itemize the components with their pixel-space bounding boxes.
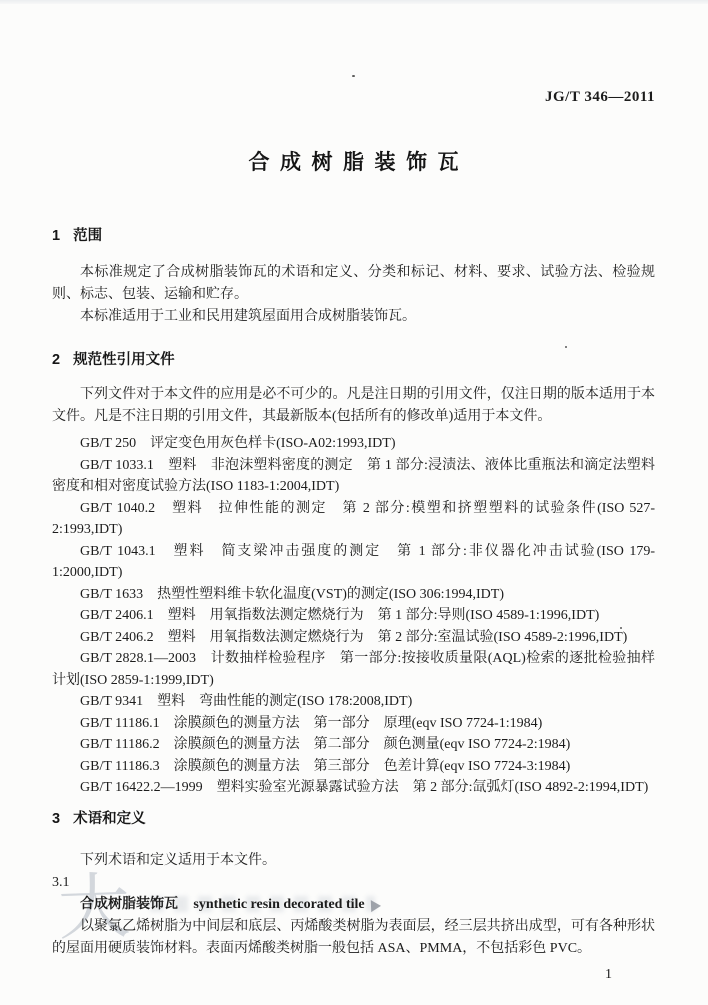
term-chinese: 合成树脂装饰瓦 <box>80 897 178 912</box>
section-heading-text: 规范性引用文件 <box>73 352 175 368</box>
reference-item: GB/T 250 评定变色用灰色样卡(ISO-A02:1993,IDT) <box>52 433 655 455</box>
scope-paragraph-1: 本标准规定了合成树脂装饰瓦的术语和定义、分类和标记、材料、要求、试验方法、检验规… <box>52 262 655 306</box>
section-heading-terms-definitions: 3术语和定义 <box>52 808 655 830</box>
reference-item: GB/T 2406.1 塑料 用氧指数法测定燃烧行为 第 1 部分:导则(ISO… <box>52 605 655 627</box>
page-content: JG/T 346—2011 合成树脂装饰瓦 1范围 本标准规定了合成树脂装饰瓦的… <box>52 0 655 960</box>
section-heading-text: 术语和定义 <box>73 811 146 827</box>
scope-paragraph-2: 本标准适用于工业和民用建筑屋面用合成树脂装饰瓦。 <box>52 306 655 328</box>
reference-item: GB/T 1043.1 塑料 简支梁冲击强度的测定 第 1 部分:非仪器化冲击试… <box>52 541 655 584</box>
term-entry: 合成树脂装饰瓦synthetic resin decorated tile <box>52 894 655 916</box>
reference-item: GB/T 11186.1 涂膜颜色的测量方法 第一部分 原理(eqv ISO 7… <box>52 713 655 735</box>
section-heading-normative-references: 2规范性引用文件 <box>52 349 655 371</box>
reference-item: GB/T 9341 塑料 弯曲性能的测定(ISO 178:2008,IDT) <box>52 691 655 713</box>
reference-item: GB/T 2406.2 塑料 用氧指数法测定燃烧行为 第 2 部分:室温试验(I… <box>52 627 655 649</box>
reference-item: GB/T 2828.1—2003 计数抽样检验程序 第一部分:按接收质量限(AQ… <box>52 648 655 691</box>
reference-item: GB/T 1040.2 塑料 拉伸性能的测定 第 2 部分:模塑和挤塑塑料的试验… <box>52 498 655 541</box>
normative-references-intro: 下列文件对于本文件的应用是必不可少的。凡是注日期的引用文件，仅注日期的版本适用于… <box>52 384 655 428</box>
reference-item: GB/T 16422.2—1999 塑料实验室光源暴露试验方法 第 2 部分:氙… <box>52 777 655 799</box>
reference-item: GB/T 1033.1 塑料 非泡沫塑料密度的测定 第 1 部分:浸渍法、液体比… <box>52 455 655 498</box>
term-number: 3.1 <box>52 872 655 894</box>
page-number: 1 <box>605 965 612 985</box>
document-page: 大 JG/T 346—2011 合成树脂装饰瓦 1范围 本标准规定了合成树脂装饰… <box>0 0 708 1005</box>
reference-item: GB/T 11186.3 涂膜颜色的测量方法 第三部分 色差计算(eqv ISO… <box>52 756 655 778</box>
reference-list: GB/T 250 评定变色用灰色样卡(ISO-A02:1993,IDT) GB/… <box>52 433 655 799</box>
reference-item: GB/T 1633 热塑性塑料维卡软化温度(VST)的测定(ISO 306:19… <box>52 584 655 606</box>
section-heading-text: 范围 <box>73 228 102 244</box>
terms-intro: 下列术语和定义适用于本文件。 <box>52 850 655 872</box>
section-heading-scope: 1范围 <box>52 225 655 247</box>
term-english: synthetic resin decorated tile <box>193 897 364 912</box>
reference-item: GB/T 11186.2 涂膜颜色的测量方法 第二部分 颜色测量(eqv ISO… <box>52 734 655 756</box>
standard-code: JG/T 346—2011 <box>52 87 655 107</box>
section-number: 3 <box>52 811 60 827</box>
section-number: 1 <box>52 228 60 244</box>
section-number: 2 <box>52 352 60 368</box>
document-title: 合成树脂装饰瓦 <box>52 148 655 178</box>
term-definition: 以聚氯乙烯树脂为中间层和底层、丙烯酸类树脂为表面层，经三层共挤出成型，可有各种形… <box>52 916 655 960</box>
